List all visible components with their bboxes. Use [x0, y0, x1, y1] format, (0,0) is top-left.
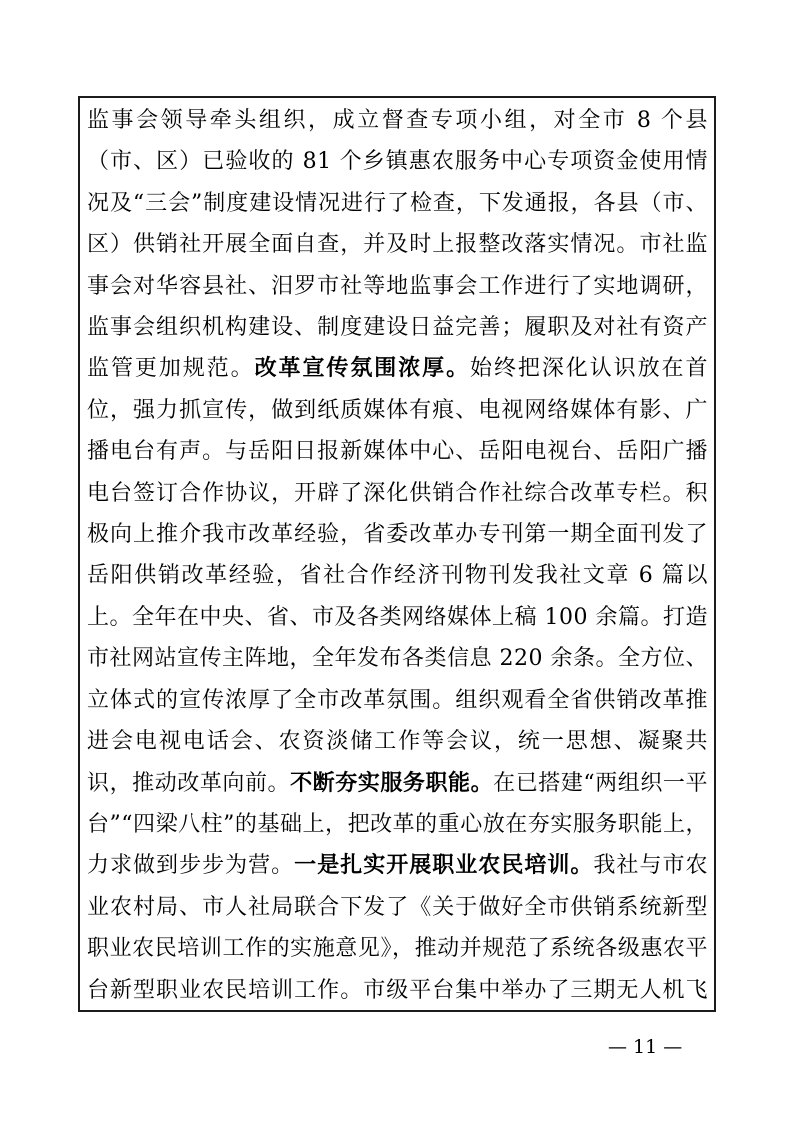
text-segment: 监事会领导牵头组织，成立督查专项小组，对全市 8 个县（市、区）已验收的 81 … — [87, 108, 708, 381]
text-segment: 始终把深化认识放在首位，强力抓宣传，做到纸质媒体有痕、电视网络媒体有影、广播电台… — [87, 356, 708, 795]
text-segment-bold-heading: 改革宣传氛围浓厚。 — [255, 355, 470, 381]
page-number: — 11 — — [608, 1036, 678, 1058]
text-segment-bold-heading: 不断夯实服务职能。 — [290, 770, 493, 796]
text-border-frame: 监事会领导牵头组织，成立督查专项小组，对全市 8 个县（市、区）已验收的 81 … — [78, 96, 716, 1012]
body-paragraph: 监事会领导牵头组织，成立督查专项小组，对全市 8 个县（市、区）已验收的 81 … — [87, 100, 708, 1012]
text-segment-bold-heading: 一是扎实开展职业农民培训。 — [294, 852, 593, 878]
